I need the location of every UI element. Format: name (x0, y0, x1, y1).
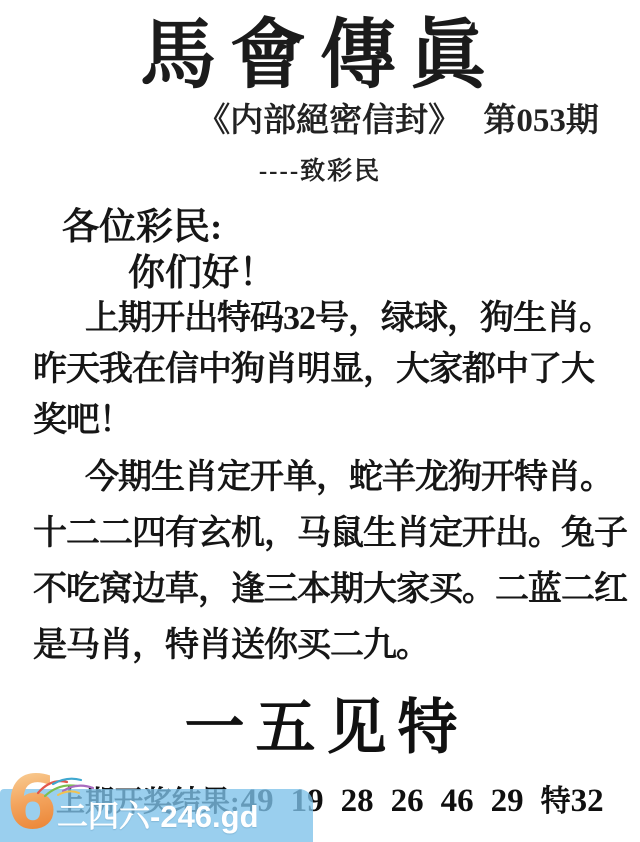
dedication-line: ----致彩民 (0, 151, 640, 187)
issue-subtitle: 《内部絕密信封》 第053期 (0, 101, 640, 141)
paragraph-line: 今期生肖定开单，蛇羊龙狗开特肖。 (33, 450, 618, 506)
paragraph-line: 十二二四有玄机，马鼠生肖定开出。兔子 (33, 506, 618, 562)
special-number: 特32 (541, 783, 604, 819)
page-title: 馬會傳眞 (0, 14, 640, 98)
paragraph-line: 不吃窝边草，逢三本期大家买。二蓝二红 (33, 562, 618, 618)
slogan-headline: 一 五 见 特 (0, 688, 640, 768)
special-number-value: 32 (571, 783, 604, 819)
paragraph-current-tips: 今期生肖定开单，蛇羊龙狗开特肖。 十二二四有玄机，马鼠生肖定开出。兔子 不吃窝边… (33, 450, 618, 674)
special-number-prefix: 特 (541, 785, 571, 818)
paragraph-line: 奖吧！ (33, 395, 618, 446)
paragraph-line: 上期开出特码32号，绿球，狗生肖。 (33, 293, 618, 344)
watermark-brand-text: 二四六-246.gd (57, 799, 259, 835)
confetti-swirl-icon (36, 774, 98, 800)
result-number: 29 (491, 783, 524, 819)
greeting: 你们好！ (128, 242, 276, 296)
result-number: 46 (441, 783, 474, 819)
fax-letter-document: 馬會傳眞 《内部絕密信封》 第053期 ----致彩民 各位彩民: 你们好！ 上… (0, 0, 640, 842)
result-number: 26 (391, 783, 424, 819)
result-number: 28 (341, 783, 374, 819)
paragraph-previous-draw: 上期开出特码32号，绿球，狗生肖。 昨天我在信中狗肖明显，大家都中了大 奖吧！ (33, 293, 618, 446)
paragraph-line: 是马肖，特肖送你买二九。 (33, 618, 618, 674)
paragraph-line: 昨天我在信中狗肖明显，大家都中了大 (33, 344, 618, 395)
